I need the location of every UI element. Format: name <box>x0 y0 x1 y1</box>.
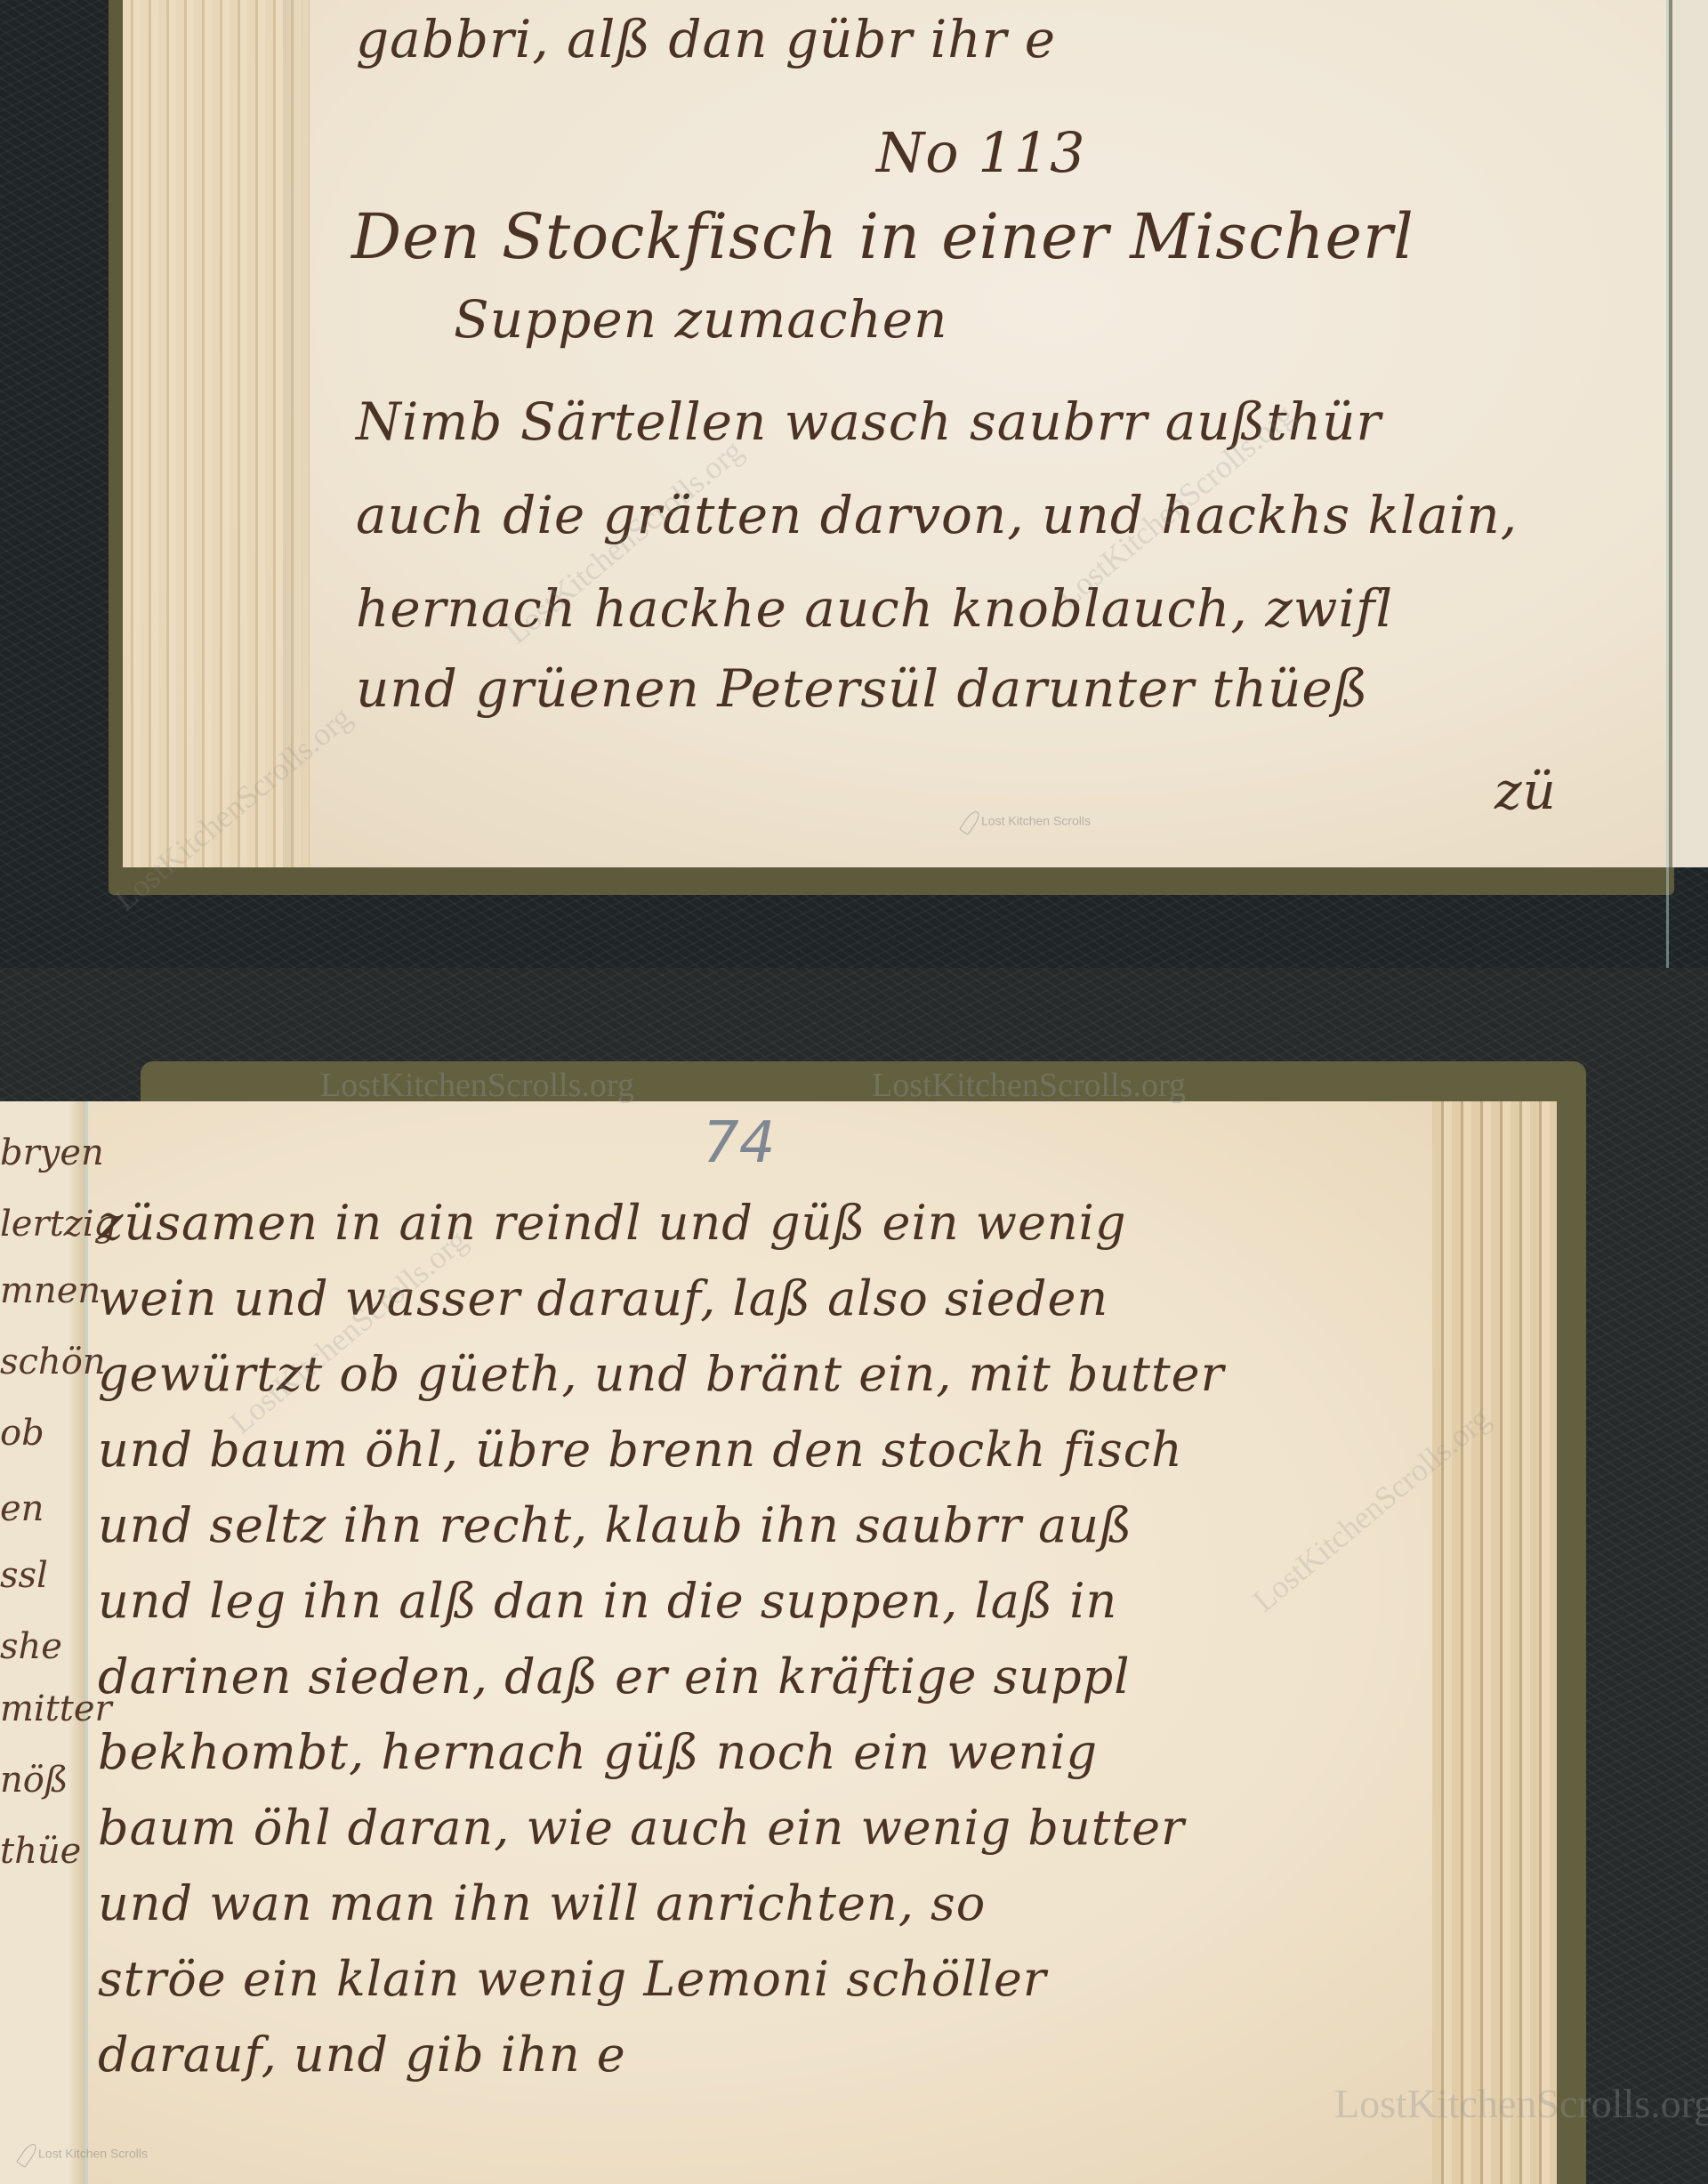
page-edges <box>123 0 310 867</box>
top-manuscript-photo: gabbri, alß dan gübr ihr e No 113 Den St… <box>0 0 1708 968</box>
catchword: zü <box>1494 761 1557 821</box>
watermark: LostKitchenScrolls.org <box>872 1066 1186 1105</box>
margin-fragment: en <box>0 1488 44 1529</box>
recipe-body-line: und leg ihn alß dan in die suppen, laß i… <box>98 1573 1117 1629</box>
watermark: LostKitchenScrolls.org <box>320 1066 634 1105</box>
recipe-body-line: und grüenen Petersül darunter thüeß <box>356 658 1369 719</box>
margin-fragment: mnen <box>0 1270 101 1311</box>
watermark: LostKitchenScrolls.org <box>1334 2080 1708 2127</box>
margin-fragment: ob <box>0 1413 44 1454</box>
bottom-manuscript-photo: bryen lertzig mnen schön ob en ssl she m… <box>0 968 1708 2184</box>
recipe-body-line: auch die grätten darvon, und hackhs klai… <box>356 485 1518 545</box>
recipe-body-line: und wan man ihn will anrichten, so <box>98 1875 986 1931</box>
margin-fragment: bryen <box>0 1132 104 1173</box>
recipe-body-line: und seltz ihn recht, klaub ihn saubrr au… <box>98 1497 1132 1553</box>
recipe-number: No 113 <box>876 120 1086 185</box>
facing-page-strip <box>1669 0 1708 867</box>
recipe-body-line: züsamen in ain reindl und güß ein wenig <box>98 1195 1127 1251</box>
recipe-body-line: darauf, und gib ihn e <box>98 2027 626 2083</box>
glass-plate-edge <box>1666 0 1669 968</box>
recipe-title-line-2: Suppen zumachen <box>454 289 947 350</box>
recipe-body-line: bekhombt, hernach güß noch ein wenig <box>98 1724 1098 1780</box>
page-edges <box>1432 1101 1557 2184</box>
recipe-body-line: ströe ein klain wenig Lemoni schöller <box>98 1951 1047 2007</box>
nib-logo: Lost Kitchen Scrolls <box>965 810 1091 834</box>
recipe-title-line-1: Den Stockfisch in einer Mischerl <box>351 200 1414 273</box>
margin-fragment: she <box>0 1626 62 1667</box>
margin-fragment: mitter <box>0 1688 112 1729</box>
nib-logo: Lost Kitchen Scrolls <box>22 2142 148 2167</box>
margin-fragment: ssl <box>0 1555 48 1596</box>
previous-recipe-ending: gabbri, alß dan gübr ihr e <box>356 9 1056 69</box>
margin-fragment: schön <box>0 1342 106 1382</box>
recipe-body-line: wein und wasser darauf, laß also sieden <box>98 1270 1108 1326</box>
recipe-body-line: baum öhl daran, wie auch ein wenig butte… <box>98 1800 1185 1856</box>
recipe-body-line: darinen sieden, daß er ein kräftige supp… <box>98 1648 1130 1704</box>
recipe-body-line: und baum öhl, übre brenn den stockh fisc… <box>98 1422 1183 1478</box>
folio-number: 74 <box>703 1110 775 1176</box>
margin-fragment: nöß <box>0 1760 68 1801</box>
manuscript-page <box>0 1101 1555 2184</box>
margin-fragment: thüe <box>0 1831 81 1872</box>
